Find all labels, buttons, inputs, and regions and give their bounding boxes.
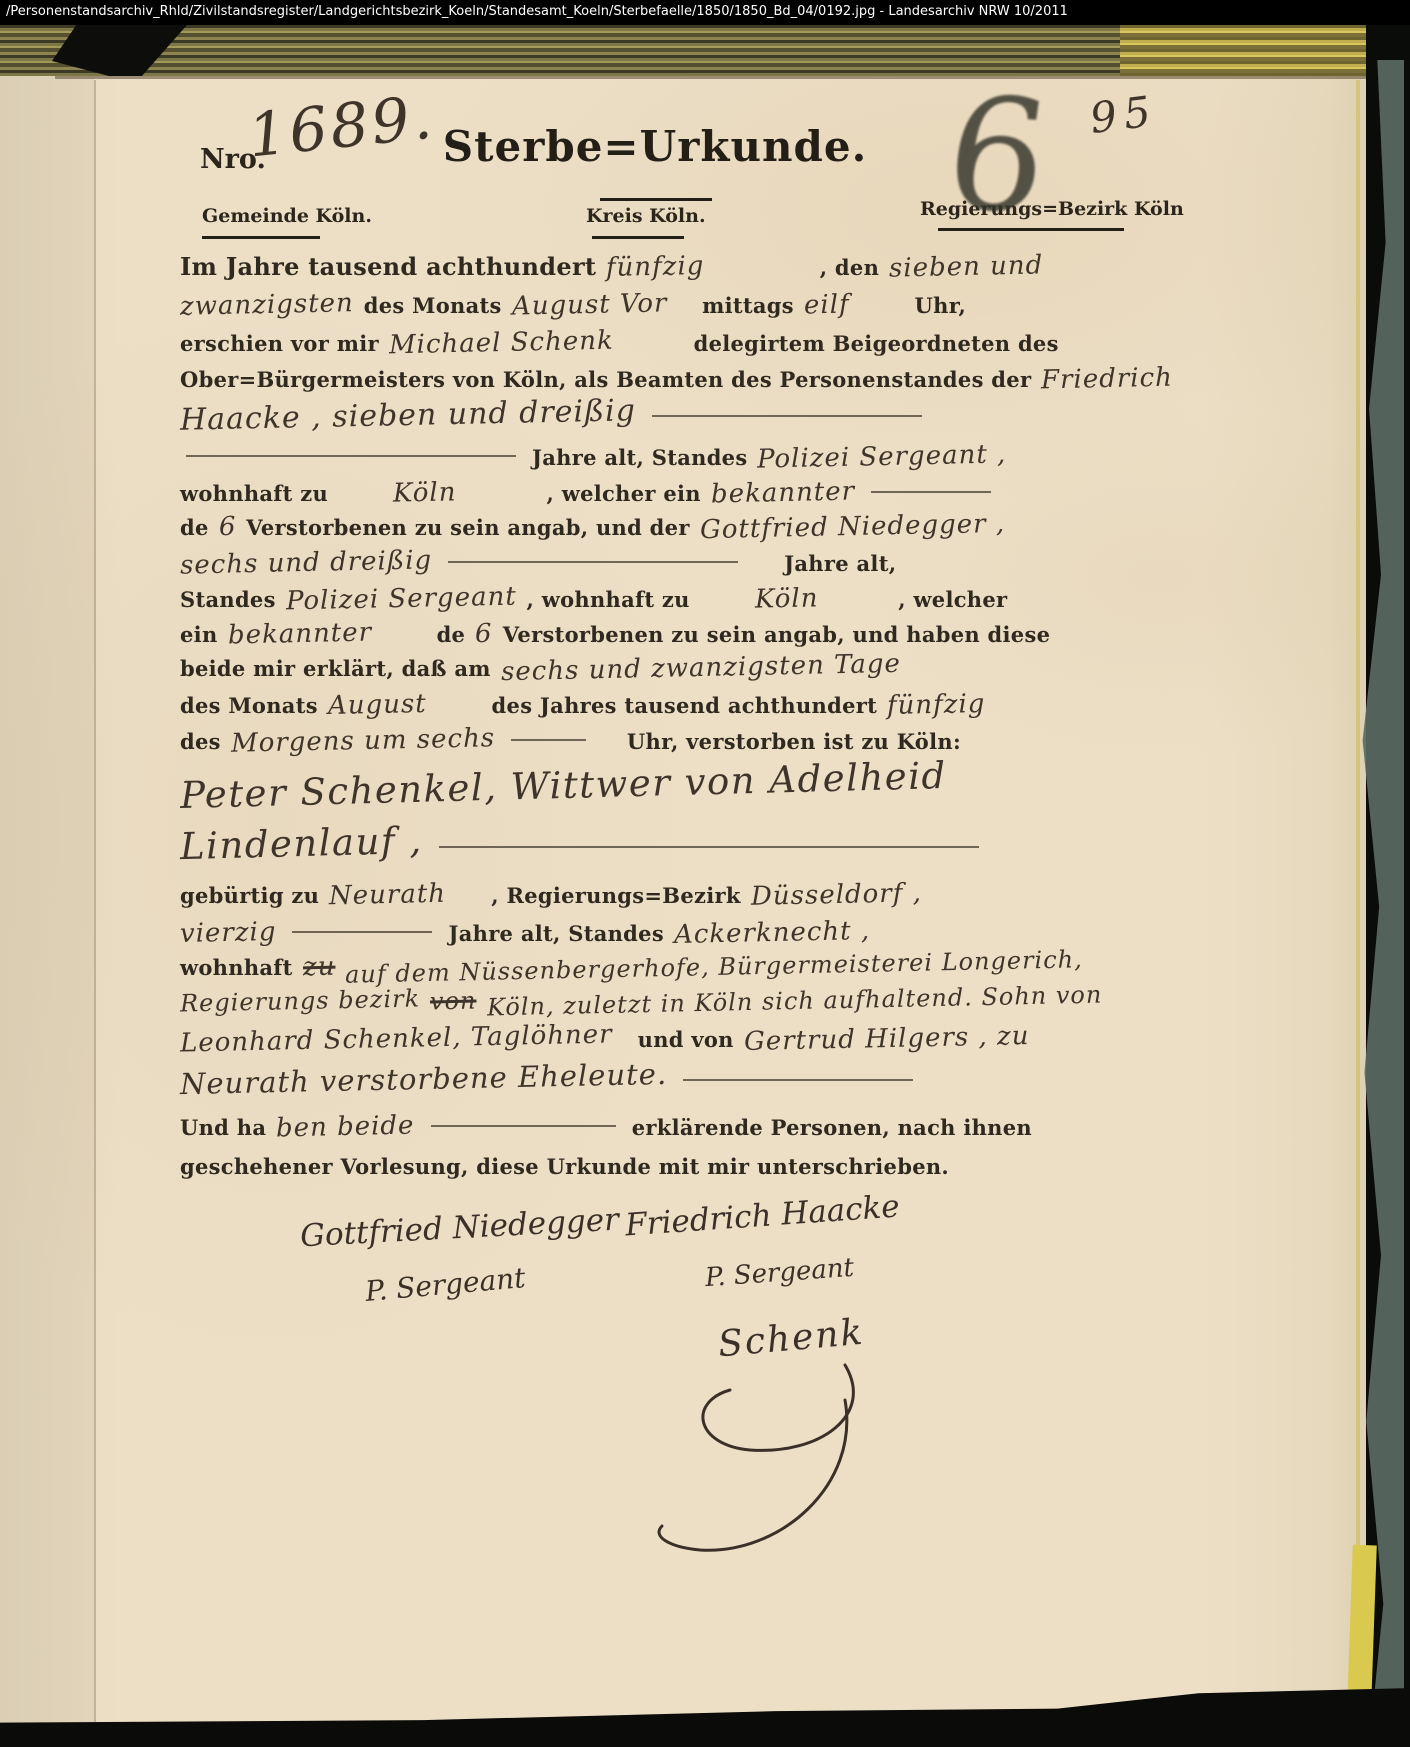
- printed-text: Verstorbenen zu sein angab, und haben di…: [503, 622, 1051, 647]
- handwritten-text: Leonhard Schenkel, Taglöhner: [180, 1019, 613, 1058]
- printed-text: Jahre alt,: [784, 551, 896, 576]
- printed-text: des Monats: [364, 293, 502, 318]
- header-kreis-underline: [592, 236, 684, 239]
- printed-text: beide mir erklärt, daß am: [180, 656, 491, 681]
- handwritten-text: Polizei Sergeant: [285, 582, 516, 617]
- blank-rule: [431, 1125, 616, 1127]
- handwritten-text: August Vor: [511, 288, 667, 321]
- handwritten-text: Michael Schenk: [389, 326, 614, 361]
- body-line: erschien vor mir Michael Schenk delegirt…: [180, 328, 1059, 358]
- blank-rule: [871, 491, 991, 493]
- body-line: wohnhaft zu Köln , welcher ein bekannter: [180, 478, 997, 508]
- title-underline: [600, 198, 712, 201]
- handwritten-text: Regierungs bezirk: [180, 984, 421, 1017]
- signature-witness2: Friedrich Haacke: [624, 1188, 901, 1243]
- handwritten-text: Neurath: [329, 879, 447, 911]
- printed-text: de: [437, 622, 466, 647]
- scanned-book-view: /Personenstandsarchiv_Rhld/Zivilstandsre…: [0, 0, 1410, 1747]
- printed-text: und von: [638, 1027, 734, 1052]
- printed-text: des Jahres tausend achthundert: [492, 693, 878, 718]
- printed-text: gebürtig zu: [180, 883, 319, 908]
- handwritten-text: Köln: [754, 583, 818, 614]
- printed-text: Und ha: [180, 1115, 266, 1140]
- printed-text: , Regierungs=Bezirk: [491, 883, 741, 908]
- handwritten-text: ben beide: [276, 1111, 415, 1144]
- handwritten-text: Köln: [393, 477, 457, 508]
- handwritten-text: bekannter: [711, 476, 856, 509]
- printed-text: , welcher ein: [547, 481, 701, 506]
- printed-text: wohnhaft: [180, 955, 293, 980]
- printed-text: des: [180, 729, 221, 754]
- handwritten-text: Friedrich: [1041, 363, 1173, 396]
- handwritten-text: Düsseldorf ,: [750, 878, 921, 912]
- page-number: 95: [1087, 86, 1160, 143]
- printed-text: de: [180, 515, 209, 540]
- printed-text: erschien vor mir: [180, 331, 379, 356]
- printed-text: des Monats: [180, 693, 318, 718]
- printed-text: Standes: [180, 587, 276, 612]
- header-gemeinde-underline: [202, 236, 320, 239]
- handwritten-text: vierzig: [180, 917, 277, 949]
- blank-rule: [292, 931, 432, 933]
- body-line: Und ha ben beide erklärende Personen, na…: [180, 1112, 1032, 1142]
- handwritten-text: Polizei Sergeant ,: [757, 439, 1007, 474]
- header-gemeinde: Gemeinde Köln.: [202, 205, 372, 227]
- printed-text: Jahre alt, Standes: [532, 445, 747, 470]
- handwritten-text: 6: [475, 619, 493, 649]
- body-line: wohnhaft zu auf dem Nüssenbergerhofe, Bü…: [180, 952, 1083, 982]
- blank-rule: [186, 455, 516, 457]
- handwritten-text-struck: von: [430, 987, 477, 1016]
- viewer-titlebar: /Personenstandsarchiv_Rhld/Zivilstandsre…: [0, 0, 1410, 25]
- blank-rule: [448, 561, 738, 563]
- printed-text: Uhr, verstorben ist zu Köln:: [627, 729, 961, 754]
- printed-text: ein: [180, 622, 218, 647]
- printed-text: Ober=Bürgermeisters von Köln, als Beamte…: [180, 367, 1031, 392]
- handwritten-text: eilf: [804, 290, 850, 321]
- handwritten-text: Morgens um sechs: [230, 723, 495, 759]
- page-right-gilt-edge: [1356, 80, 1360, 1720]
- page-top-edge: [55, 76, 1366, 79]
- body-line: des Morgens um sechs Uhr, verstorben ist…: [180, 726, 961, 756]
- handwritten-text: sechs und zwanzigsten Tage: [501, 649, 901, 687]
- body-line: Regierungs bezirk von Köln, zuletzt in K…: [180, 987, 1102, 1015]
- body-line: Im Jahre tausend achthundert fünfzig , d…: [180, 252, 1043, 282]
- handwritten-text: 6: [218, 512, 236, 542]
- printed-text: , wohnhaft zu: [526, 587, 689, 612]
- page-gutter-shade: [0, 76, 94, 1747]
- blank-rule: [652, 415, 922, 417]
- handwritten-text: sieben und: [889, 250, 1044, 283]
- signature-block: Gottfried Niedegger Friedrich Haacke P. …: [280, 1190, 1100, 1610]
- body-line: de 6 Verstorbenen zu sein angab, und der…: [180, 512, 1005, 542]
- body-line: Haacke , sieben und dreißig: [180, 398, 928, 433]
- signature-witness1-title: P. Sergeant: [364, 1261, 527, 1308]
- handwritten-text: Neurath verstorbene Eheleute.: [180, 1057, 668, 1101]
- printed-text: , den: [820, 255, 879, 280]
- body-line: Leonhard Schenkel, Taglöhner und von Ger…: [180, 1024, 1029, 1054]
- printed-text: wohnhaft zu: [180, 481, 328, 506]
- handwritten-name-deceased: Lindenlauf ,: [179, 819, 423, 868]
- handwritten-text: fünfzig: [606, 251, 705, 283]
- handwritten-text: sechs und dreißig: [180, 545, 433, 580]
- header-kreis: Kreis Köln.: [586, 205, 706, 227]
- signature-witness1: Gottfried Niedegger: [299, 1202, 619, 1255]
- handwritten-text: zwanzigsten: [180, 288, 354, 322]
- printed-text: delegirtem Beigeordneten des: [694, 331, 1059, 356]
- printed-text: Uhr,: [915, 293, 967, 318]
- printed-text: , welcher: [898, 587, 1007, 612]
- handwritten-text: Haacke , sieben und dreißig: [180, 393, 637, 438]
- handwritten-text: fünfzig: [887, 689, 986, 721]
- body-line: Standes Polizei Sergeant , wohnhaft zu K…: [180, 584, 1007, 614]
- body-line: zwanzigsten des Monats August Vor mittag…: [180, 290, 966, 320]
- printed-text: erklärende Personen, nach ihnen: [632, 1115, 1032, 1140]
- page-fold-crease: [94, 80, 96, 1725]
- body-line: ein bekannter de 6 Verstorbenen zu sein …: [180, 619, 1050, 649]
- body-line: Neurath verstorbene Eheleute.: [180, 1062, 919, 1096]
- body-line: sechs und dreißig Jahre alt,: [180, 548, 896, 578]
- body-line: Jahre alt, Standes Polizei Sergeant ,: [180, 442, 1007, 472]
- printed-text: Im Jahre tausend achthundert: [180, 252, 596, 281]
- body-line: beide mir erklärt, daß am sechs und zwan…: [180, 653, 901, 683]
- body-line: Peter Schenkel, Wittwer von Adelheid: [180, 764, 947, 807]
- handwritten-text: Gertrud Hilgers , zu: [743, 1021, 1029, 1057]
- printed-text: mittags: [702, 293, 794, 318]
- blank-rule: [439, 846, 979, 848]
- body-line: Lindenlauf ,: [180, 822, 985, 865]
- body-line: gebürtig zu Neurath , Regierungs=Bezirk …: [180, 880, 922, 910]
- blank-rule: [683, 1079, 913, 1081]
- body-line: Ober=Bürgermeisters von Köln, als Beamte…: [180, 364, 1173, 394]
- body-line: vierzig Jahre alt, Standes Ackerknecht ,: [180, 918, 870, 948]
- handwritten-text-struck: zu: [302, 952, 335, 983]
- handwritten-text: August: [328, 689, 427, 721]
- signature-flourish: [300, 1340, 940, 1640]
- body-line: geschehener Vorlesung, diese Urkunde mit…: [180, 1154, 949, 1179]
- printed-text: Verstorbenen zu sein angab, und der: [246, 515, 690, 540]
- printed-text: Jahre alt, Standes: [448, 921, 663, 946]
- signature-witness2-title: P. Sergeant: [704, 1253, 855, 1293]
- handwritten-text: Ackerknecht ,: [674, 916, 871, 950]
- handwritten-text: Gottfried Niedegger ,: [699, 509, 1005, 545]
- printed-text: geschehener Vorlesung, diese Urkunde mit…: [180, 1154, 949, 1179]
- certificate-title: Sterbe=Urkunde.: [425, 122, 885, 171]
- blank-rule: [511, 739, 586, 741]
- body-line: des Monats August des Jahres tausend ach…: [180, 690, 986, 720]
- handwritten-text: bekannter: [227, 617, 372, 650]
